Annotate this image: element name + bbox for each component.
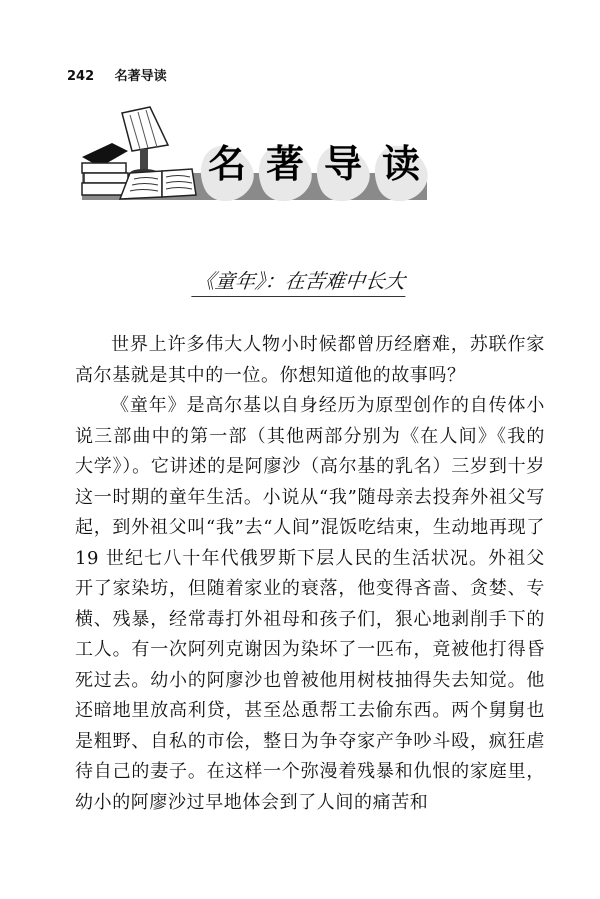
paragraph: 世界上许多伟大人物小时候都曾历经磨难，苏联作家高尔基就是其中的一位。你想知道他的…: [75, 330, 545, 391]
running-head: 242 名著导读: [67, 65, 167, 84]
banner-title-char: 导: [324, 133, 362, 188]
article-title-text: 《童年》：在苦难中长大: [191, 265, 408, 297]
section-name: 名著导读: [115, 69, 167, 84]
banner-title-char: 名: [208, 133, 246, 188]
page-number: 242: [67, 69, 94, 84]
lamp-books-icon: [80, 105, 210, 205]
paragraph: 《童年》是高尔基以自身经历为原型创作的自传体小说三部曲中的第一部（其他两部分别为…: [75, 391, 545, 818]
article-title: 《童年》：在苦难中长大: [0, 265, 600, 297]
banner-title-char: 读: [382, 133, 420, 188]
article-body: 世界上许多伟大人物小时候都曾历经磨难，苏联作家高尔基就是其中的一位。你想知道他的…: [75, 330, 545, 818]
section-banner: 名 著 导 读: [80, 105, 460, 205]
banner-title-char: 著: [266, 133, 304, 188]
